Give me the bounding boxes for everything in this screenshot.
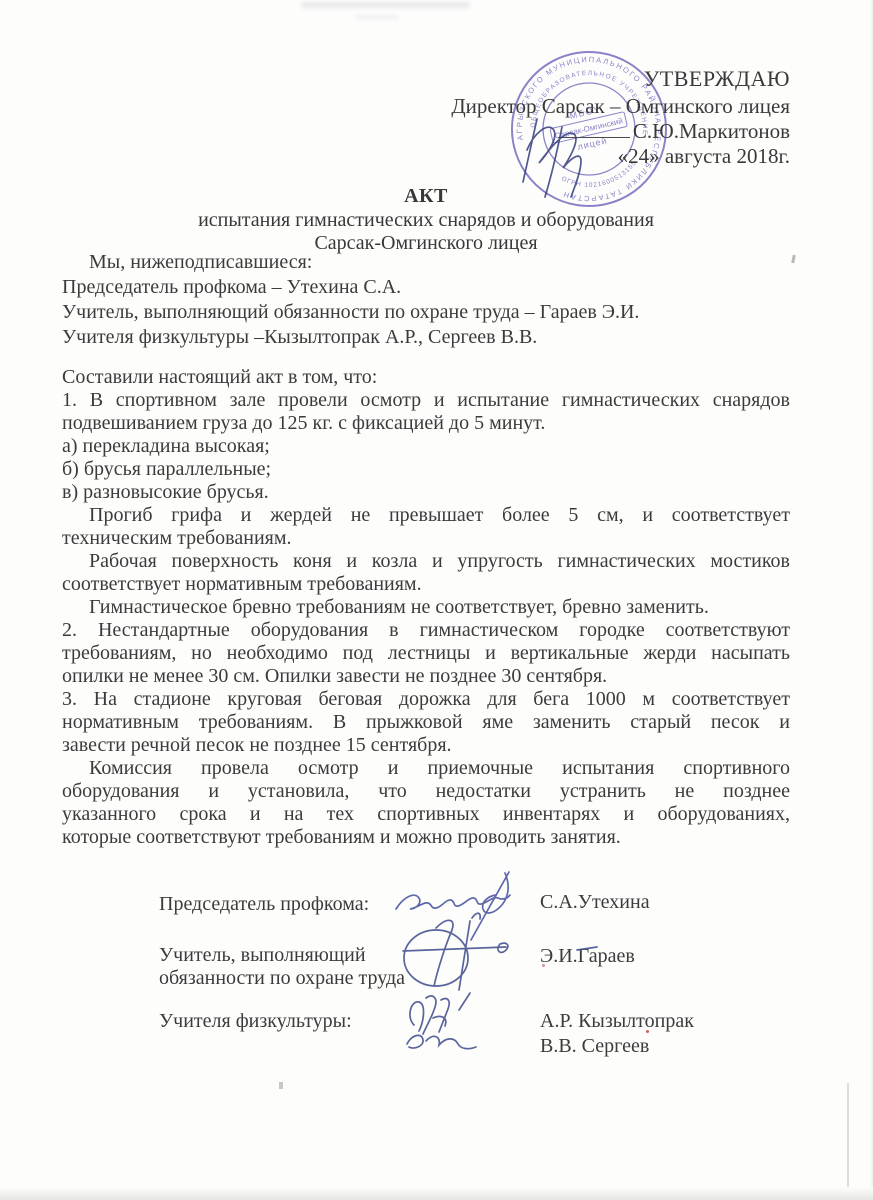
body-line: техническим требованиям. <box>62 527 790 550</box>
body-line: которые соответствуют требованиям и можн… <box>62 826 790 849</box>
intro-line: Председатель профкома – Утехина С.А. <box>62 275 790 300</box>
scan-artifact-speck <box>791 255 796 263</box>
sergeev-ink-signature <box>407 1035 476 1048</box>
body-line: Прогиб грифа и жердей не превышает более… <box>62 504 790 527</box>
intro-line: Учителя физкультуры –Кызылтопрак А.Р., С… <box>62 325 790 350</box>
body-line: соответствует нормативным требованиям. <box>62 573 790 596</box>
intro-line: Учитель, выполняющий обязанности по охра… <box>62 300 790 325</box>
signature-role-safety-teacher-line1: Учитель, выполняющий <box>159 944 366 967</box>
approval-director-name: С.Ю.Маркитонов <box>633 119 790 143</box>
body-line: Составили настоящий акт в том, что: <box>62 366 790 389</box>
signature-name-garaev: Э.И.Гараев <box>540 944 635 969</box>
body-line: 3. На стадионе круговая беговая дорожка … <box>62 688 790 711</box>
approval-block: УТВЕРЖДАЮ Директор Сарсак – Омгинского л… <box>430 66 790 169</box>
act-body: Составили настоящий акт в том, что: 1. В… <box>62 366 790 849</box>
body-line: указанного срока и на тех спортивных инв… <box>62 803 790 826</box>
committee-list: Мы, нижеподписавшиеся: Председатель проф… <box>62 250 790 350</box>
signature-underline <box>558 119 630 138</box>
scan-artifact-top-smudge-2 <box>356 15 398 19</box>
body-line: требованиям, но необходимо под лестницы … <box>62 642 790 665</box>
intro-line: Мы, нижеподписавшиеся: <box>62 250 790 275</box>
body-line: в) разновысокие брусья. <box>62 481 790 504</box>
approval-heading: УТВЕРЖДАЮ <box>430 66 790 91</box>
kyzyltoprak-ink-signature <box>410 993 470 1034</box>
approval-date: «24» августа 2018г. <box>430 144 790 169</box>
approval-signature-line: С.Ю.Маркитонов <box>430 119 790 144</box>
approval-director-line: Директор Сарсак – Омгинского лицея <box>430 94 790 119</box>
scan-artifact-top-smudge <box>302 2 470 8</box>
body-line: 1. В спортивном зале провели осмотр и ис… <box>62 389 790 412</box>
scan-edge-right-line <box>847 1083 849 1187</box>
title-act: АКТ <box>62 185 790 208</box>
body-line: Комиссия провела осмотр и приемочные исп… <box>62 757 790 780</box>
document-page: АГРЫЗСКОГО МУНИЦИПАЛЬНОГО РАЙОНА РЕСПУБЛ… <box>0 0 873 1200</box>
signature-name-kyzyltoprak: А.Р. Кызылтопрак <box>540 1009 694 1034</box>
signature-role-chairman: Председатель профкома: <box>159 893 369 916</box>
body-line: опилки не менее 30 см. Опилки завести не… <box>62 665 790 688</box>
body-line: Гимнастическое бревно требованиям не соо… <box>62 596 790 619</box>
body-line: подвешиванием груза до 125 кг. с фиксаци… <box>62 412 790 435</box>
title-subject: испытания гимнастических снарядов и обор… <box>62 209 790 232</box>
signature-role-pe-teachers: Учителя физкультуры: <box>159 1010 352 1033</box>
signature-name-utekhina: С.А.Утехина <box>540 890 650 915</box>
scan-edge-bottom <box>0 1187 873 1200</box>
utekhina-ink-signature <box>396 872 510 940</box>
body-line: 2. Нестандартные оборудования в гимнасти… <box>62 619 790 642</box>
body-line: б) брусья параллельные; <box>62 458 790 481</box>
body-line: завести речной песок не позднее 15 сентя… <box>62 734 790 757</box>
signature-name-sergeev: В.В. Сергеев <box>540 1034 649 1059</box>
body-line: а) перекладина высокая; <box>62 435 790 458</box>
body-line: оборудования и установила, что недостатк… <box>62 780 790 803</box>
scan-artifact-speck-2 <box>279 1082 283 1089</box>
document-title: АКТ испытания гимнастических снарядов и … <box>62 185 790 255</box>
signature-role-safety-teacher-line2: обязанности по охране труда <box>159 967 405 990</box>
body-line: Рабочая поверхность коня и козла и упруг… <box>62 550 790 573</box>
body-line: нормативным требованиям. В прыжковой яме… <box>62 711 790 734</box>
